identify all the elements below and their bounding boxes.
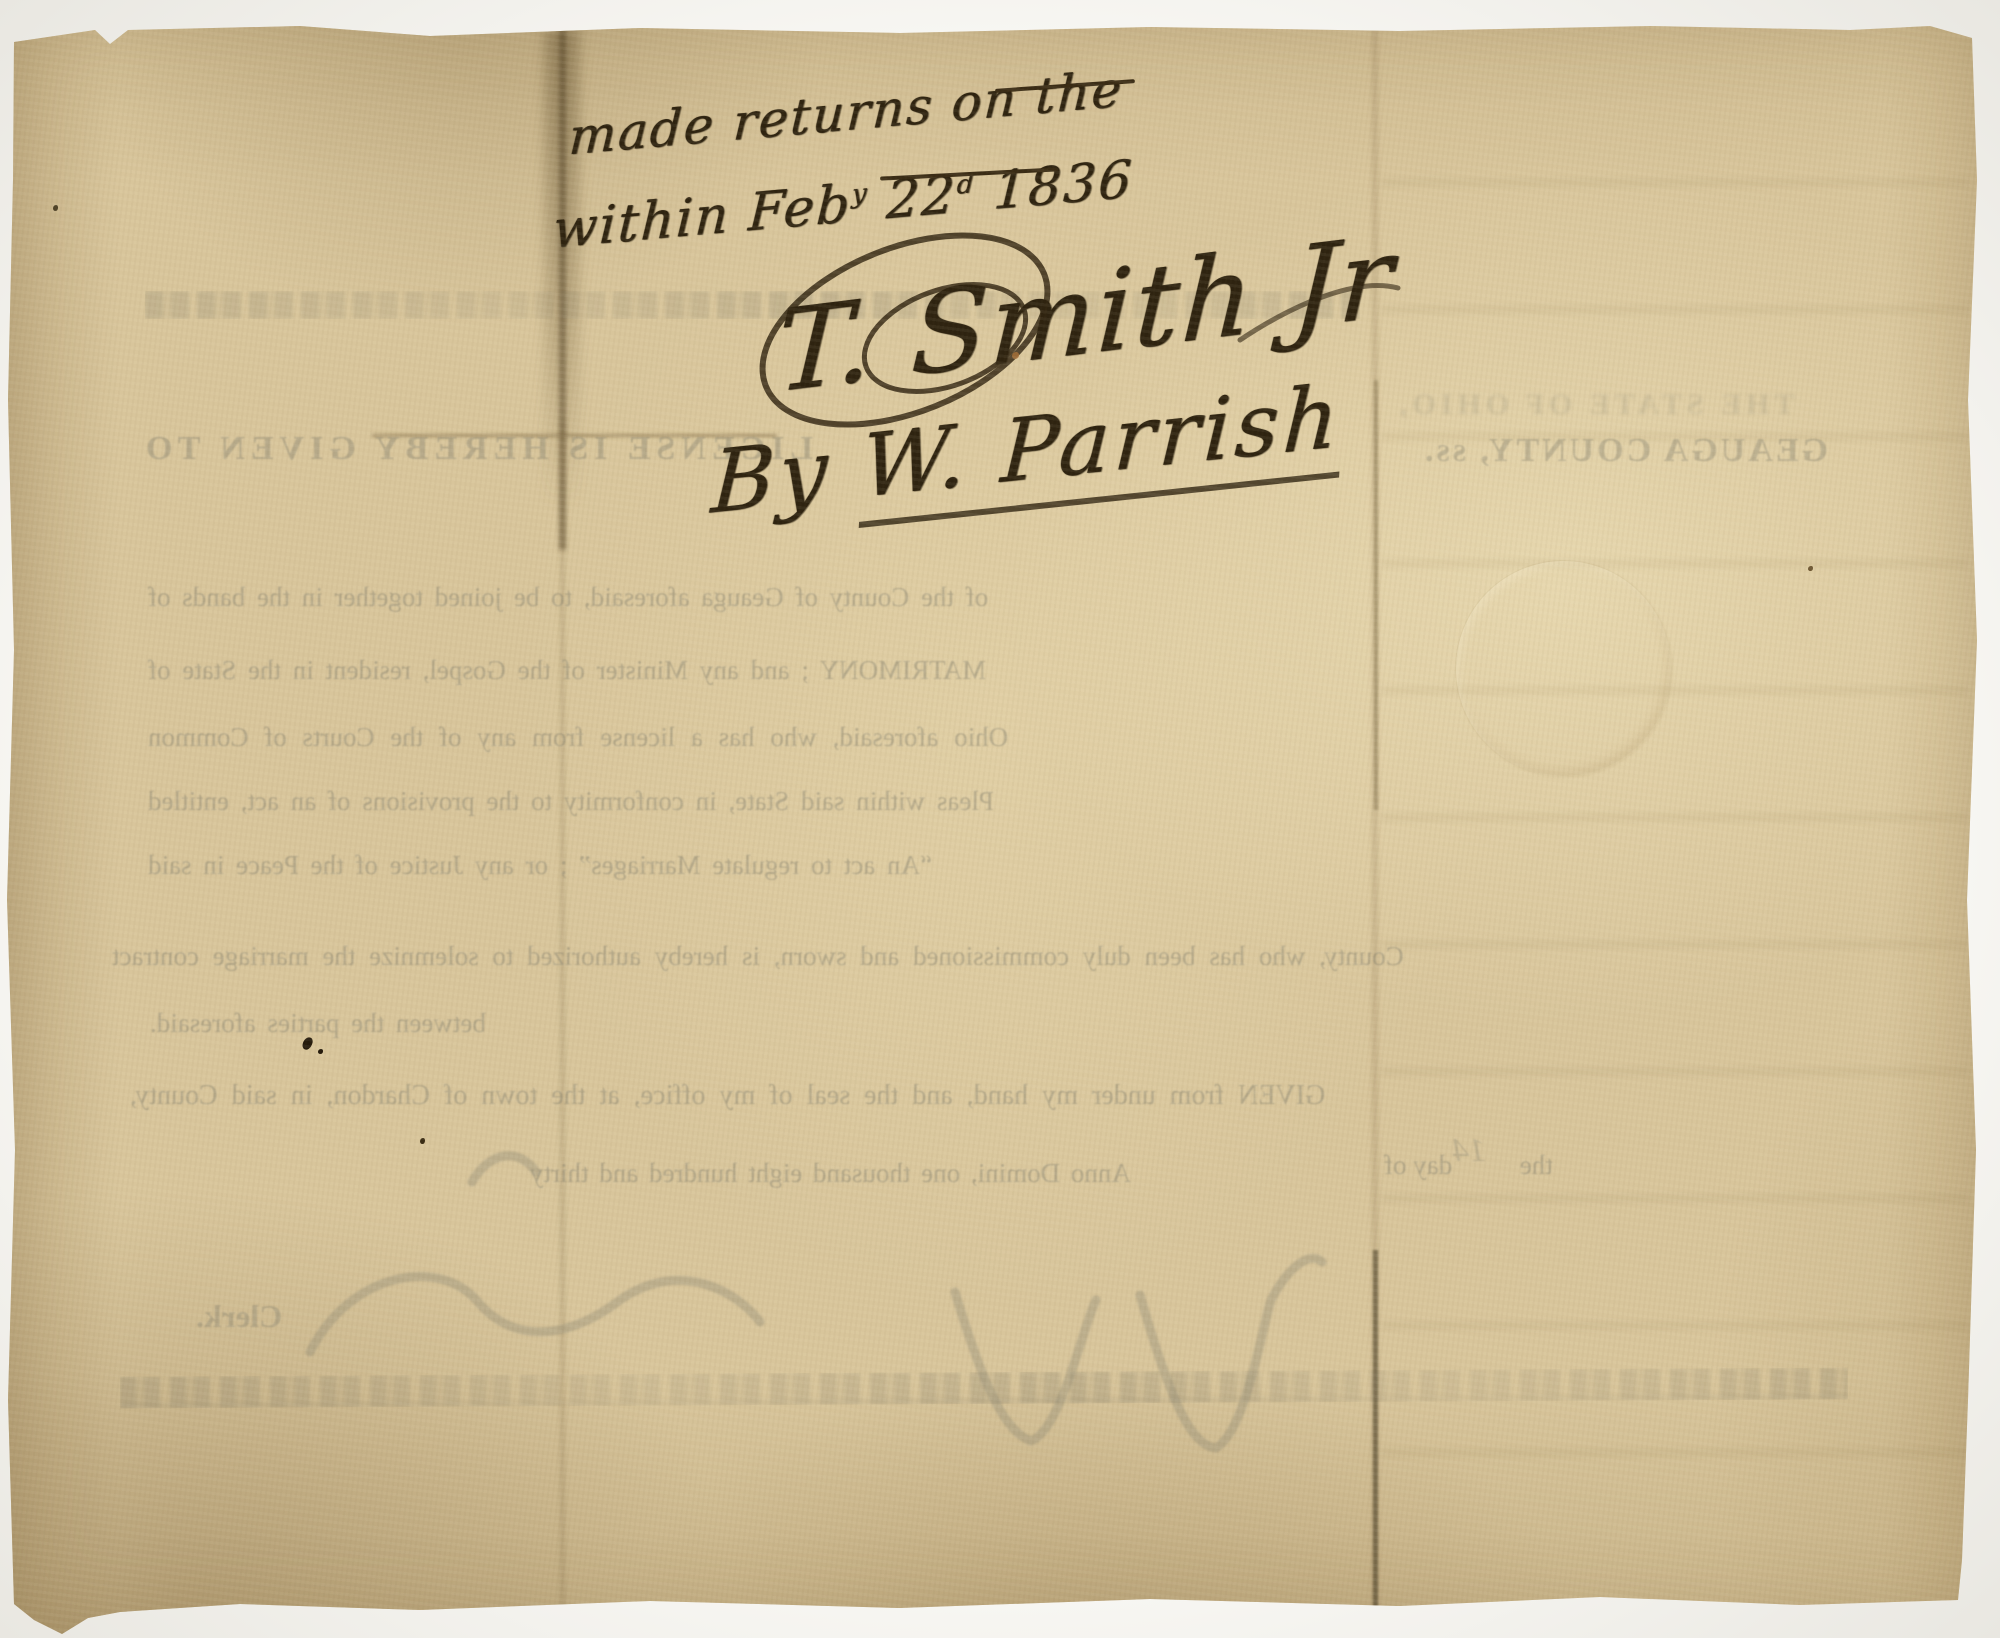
ink-speck — [53, 205, 58, 211]
handwriting-by-word: By — [709, 417, 865, 534]
ghost-body-line: “An act to regulate Marriages” ; or any … — [148, 850, 932, 881]
handwriting-year: 1836 — [973, 149, 1134, 223]
scanned-document-page: { "scan": { "description": "Back of an 1… — [0, 0, 2000, 1638]
ghost-body-line: County, who has been duly commissioned a… — [112, 941, 1404, 972]
ghost-handwritten-day-numeral: 14 — [1452, 1132, 1486, 1170]
handwriting-return-line2: within Feby 22d 1836 — [552, 149, 1135, 260]
ghost-body-line: MATRIMONY ; and any Minister of the Gosp… — [148, 655, 986, 686]
ghost-body-line: Ohio aforesaid, who has a license from a… — [148, 722, 1008, 753]
right-panel-discoloration — [1382, 60, 1968, 1560]
ink-speck — [318, 1049, 323, 1054]
ghost-body-line: of the County of Geauga aforesaid, to be… — [148, 582, 988, 613]
embossed-seal-impression — [1455, 560, 1672, 777]
ghost-clerk-label: Clerk. — [196, 1298, 282, 1335]
right-fold-crease-dark — [1373, 1250, 1378, 1618]
handwriting-return-line1: made returns on the — [568, 60, 1125, 167]
handwriting-within-feb: within Feb — [552, 174, 854, 261]
aged-paper-sheet: THE STATE OF OHIO, GEAUGA COUNTY, ss. LI… — [0, 0, 2000, 1638]
ghost-given-line: GIVEN from under my hand, and the seal o… — [130, 1080, 1325, 1112]
handwriting-feb-superscript: y — [851, 178, 869, 210]
right-fold-crease-mid — [1374, 380, 1378, 810]
ghost-body-line: Pleas within said State, in conformity t… — [148, 786, 994, 817]
ghost-body-line: between the parties aforesaid. — [150, 1008, 486, 1039]
ghost-state-header: THE STATE OF OHIO, — [1395, 388, 1795, 422]
ghost-county-header: GEAUGA COUNTY, ss. — [1422, 432, 1828, 470]
ghost-anno-domini-line: Anno Domini, one thousand eight hundred … — [530, 1158, 1131, 1189]
ink-speck — [420, 1138, 425, 1144]
